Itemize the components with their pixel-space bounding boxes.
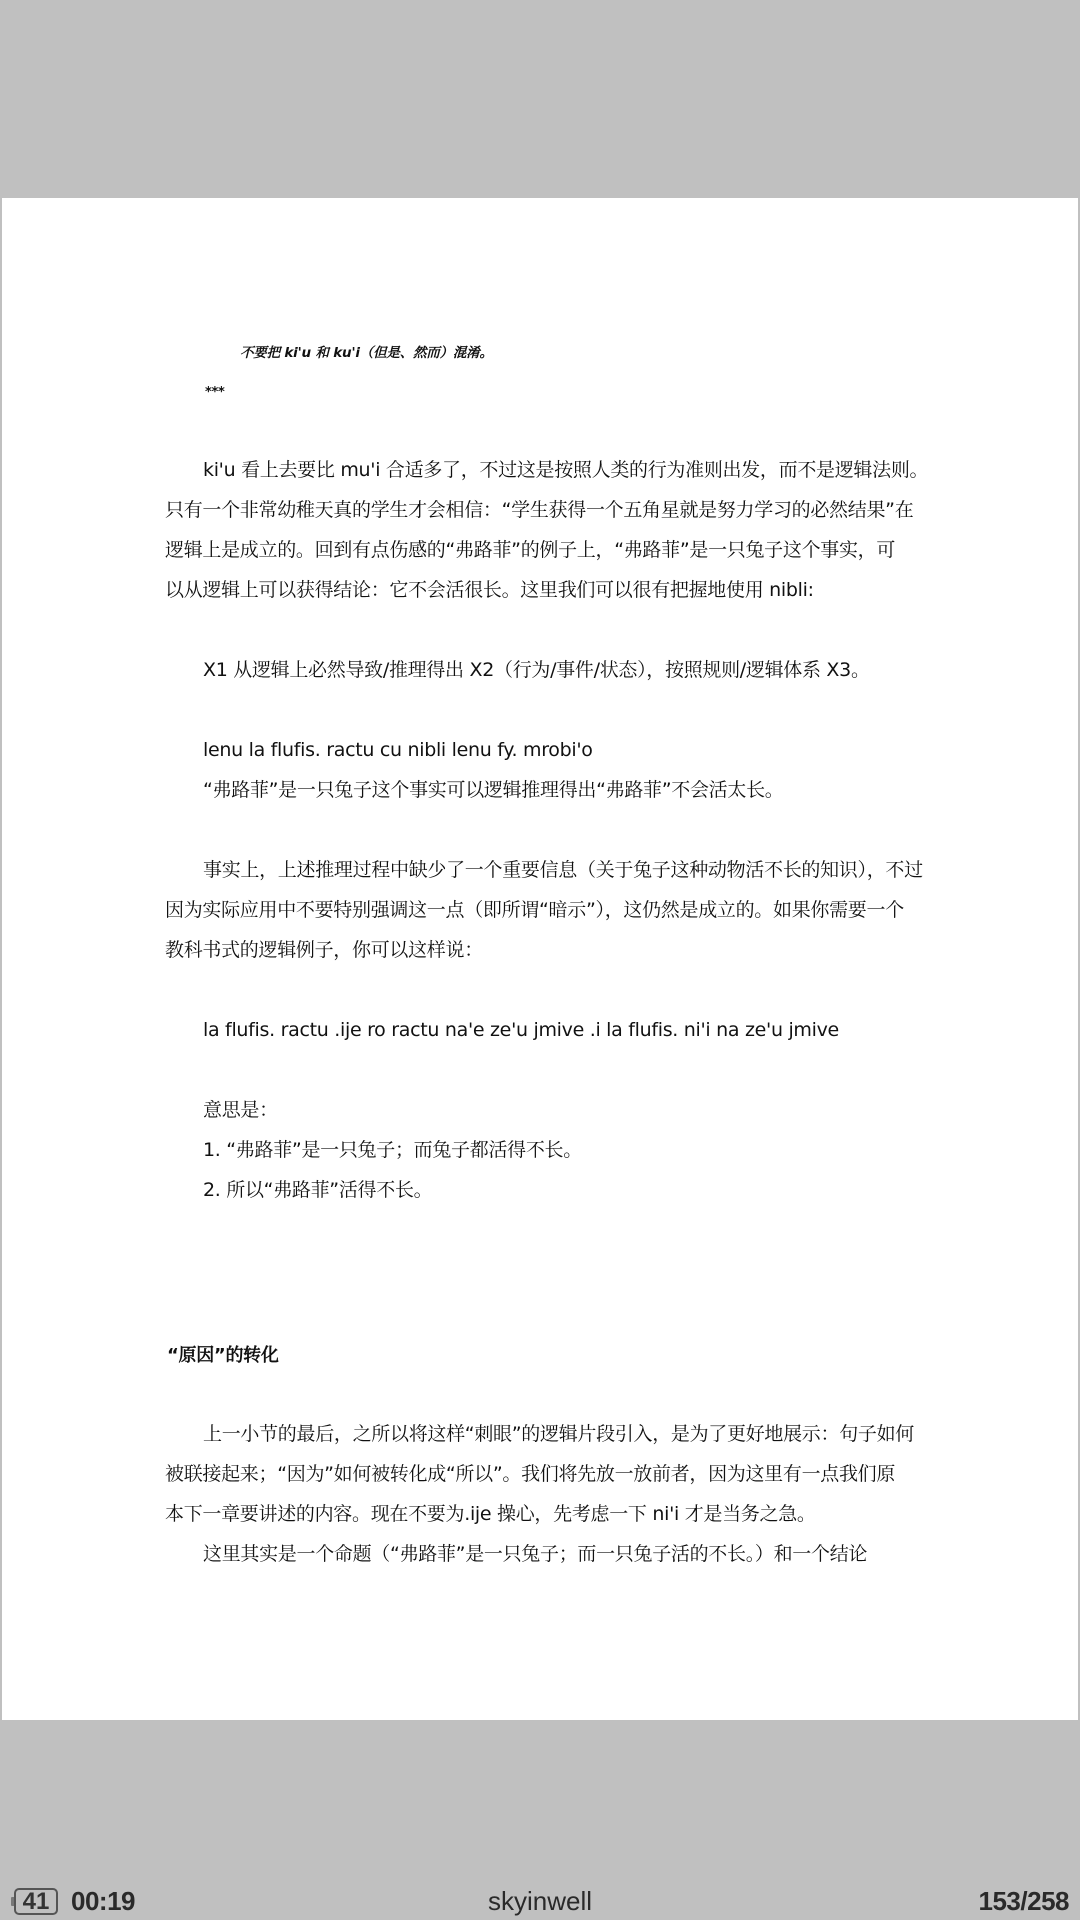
definition-line: X1 从逻辑上必然导致/推理得出 X2（行为/事件/状态），按照规则/逻辑体系 … [203,658,870,682]
paragraph-line: 上一小节的最后，之所以将这样“刺眼”的逻辑片段引入，是为了更好地展示：句子如何 [203,1422,914,1446]
lojban-example: lenu la flufis. ractu cu nibli lenu fy. … [203,738,593,762]
meaning-item: 2. 所以“弗路菲”活得不长。 [203,1178,432,1202]
paragraph-line: 教科书式的逻辑例子，你可以这样说： [165,938,483,962]
paragraph-line: 只有一个非常幼稚天真的学生才会相信：“学生获得一个五角星就是努力学习的必然结果”… [165,498,913,522]
paragraph-line: 逻辑上是成立的。回到有点伤感的“弗路菲”的例子上，“弗路菲”是一只兔子这个事实，… [165,538,895,562]
paragraph-line: 以从逻辑上可以获得结论：它不会活很长。这里我们可以很有把握地使用 nibli: [165,578,814,602]
document-page[interactable]: 不要把 ki'u 和 ku'i（但是、然而）混淆。 *** ki'u 看上去要比… [2,198,1078,1720]
page-counter: 153/258 [979,1886,1069,1917]
meaning-item: 1. “弗路菲”是一只兔子；而兔子都活得不长。 [203,1138,582,1162]
lojban-example: la flufis. ractu .ije ro ractu na'e ze'u… [203,1018,839,1042]
paragraph-line: 事实上，上述推理过程中缺少了一个重要信息（关于兔子这种动物活不长的知识），不过 [203,858,923,882]
paragraph-line: 这里其实是一个命题（“弗路菲”是一只兔子；而一只兔子活的不长。）和一个结论 [203,1542,867,1566]
meaning-label: 意思是： [203,1098,278,1122]
example-translation: “弗路菲”是一只兔子这个事实可以逻辑推理得出“弗路菲”不会活太长。 [203,778,783,802]
reader-status-bar: 41 00:19 skyinwell 153/258 [0,1882,1080,1920]
paragraph-line: 被联接起来；“因为”如何被转化成“所以”。我们将先放一放前者，因为这里有一点我们… [165,1462,895,1486]
paragraph-line: ki'u 看上去要比 mu'i 合适多了，不过这是按照人类的行为准则出发，而不是… [203,458,928,482]
paragraph-line: 本下一章要讲述的内容。现在不要为.ije 操心，先考虑一下 ni'i 才是当务之… [165,1502,816,1526]
section-separator: *** [205,381,225,405]
document-title: skyinwell [0,1886,1080,1917]
section-heading: “原因”的转化 [167,1344,279,1368]
italic-note: 不要把 ki'u 和 ku'i（但是、然而）混淆。 [240,341,493,365]
reader-viewer[interactable]: 不要把 ki'u 和 ku'i（但是、然而）混淆。 *** ki'u 看上去要比… [0,0,1080,1920]
paragraph-line: 因为实际应用中不要特别强调这一点（即所谓“暗示”），这仍然是成立的。如果你需要一… [165,898,904,922]
